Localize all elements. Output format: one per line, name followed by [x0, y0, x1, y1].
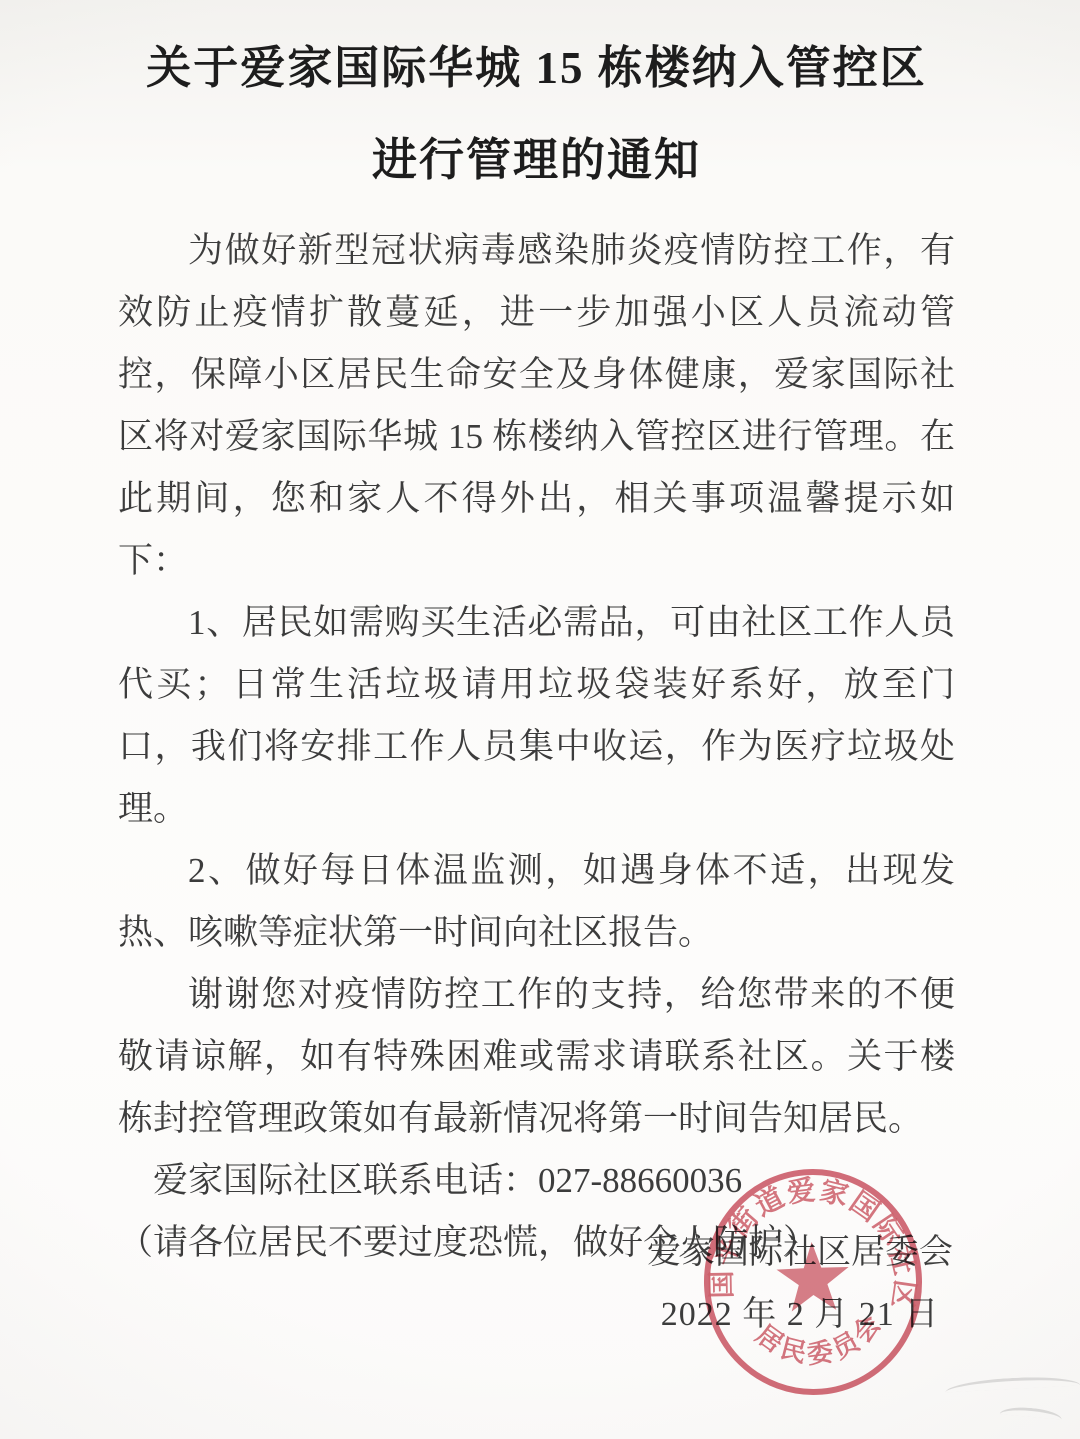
svg-text:居民委员会: 居民委员会 [749, 1306, 890, 1371]
notice-title-line-2: 进行管理的通知 [118, 114, 955, 206]
notice-body: 为做好新型冠状病毒感染肺炎疫情防控工作，有效防止疫情扩散蔓延，进一步加强小区人员… [118, 220, 955, 1274]
scan-smudge-mark [945, 1374, 1080, 1392]
seal-ring-text-bottom: 居民委员会 [749, 1306, 890, 1371]
notice-paragraph-intro: 为做好新型冠状病毒感染肺炎疫情防控工作，有效防止疫情扩散蔓延，进一步加强小区人员… [118, 220, 955, 592]
notice-page: 关于爱家国际华城 15 栋楼纳入管控区 进行管理的通知 为做好新型冠状病毒感染肺… [0, 0, 1080, 1439]
notice-content: 关于爱家国际华城 15 栋楼纳入管控区 进行管理的通知 为做好新型冠状病毒感染肺… [118, 0, 955, 1274]
seal-star-icon [776, 1241, 851, 1312]
notice-title-line-1: 关于爱家国际华城 15 栋楼纳入管控区 [118, 22, 955, 114]
notice-title: 关于爱家国际华城 15 栋楼纳入管控区 进行管理的通知 [118, 22, 955, 206]
scan-smudge-mark [1000, 1405, 1063, 1419]
official-seal-stamp: 国平街道爱家国际社区 居民委员会 [693, 1161, 933, 1403]
notice-paragraph-closing: 谢谢您对疫情防控工作的支持，给您带来的不便敬请谅解，如有特殊困难或需求请联系社区… [118, 964, 955, 1150]
notice-paragraph-item-1: 1、居民如需购买生活必需品，可由社区工作人员代买；日常生活垃圾请用垃圾袋装好系好… [118, 592, 955, 840]
notice-paragraph-item-2: 2、做好每日体温监测，如遇身体不适，出现发热、咳嗽等症状第一时间向社区报告。 [118, 840, 955, 964]
